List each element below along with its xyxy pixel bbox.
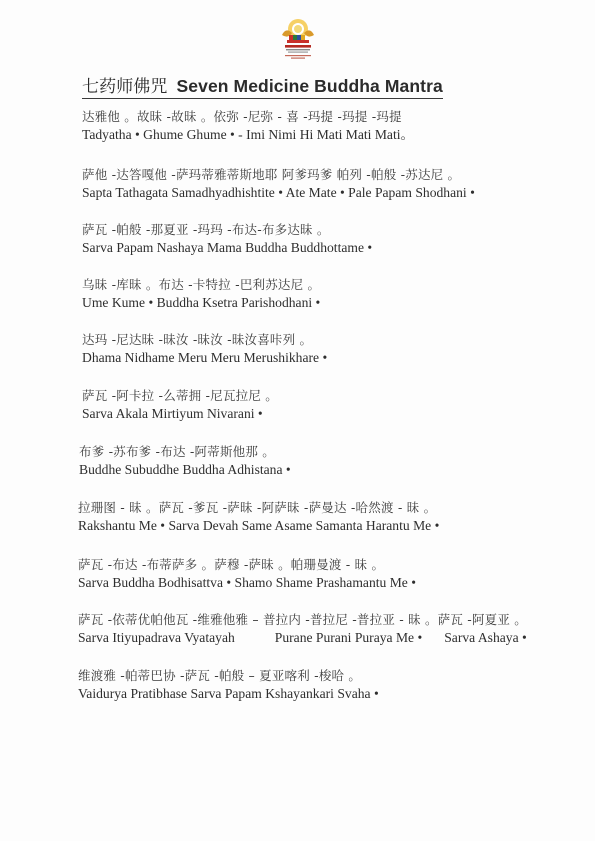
title-chinese: 七药师佛咒	[82, 77, 168, 97]
romanized-mantra: Rakshantu Me • Sarva Devah Same Asame Sa…	[78, 517, 439, 535]
romanized-mantra: Sapta Tathagata Samadhyadhishtite • Ate …	[82, 184, 475, 202]
romanized-mantra: Dhama Nidhame Meru Meru Merushikhare •	[82, 349, 327, 367]
mantra-stanza: 维渡雅 -帕蒂巴协 -萨瓦 -帕般 – 夏亚喀利 -梭哈 。 Vaidurya …	[78, 667, 379, 703]
chinese-transliteration: 达玛 -尼达昧 -昧汝 -昧汝 -昧汝喜咔列 。	[82, 331, 327, 349]
document-page: 七药师佛咒Seven Medicine Buddha Mantra 达雅他 。故…	[0, 0, 595, 841]
chinese-transliteration: 维渡雅 -帕蒂巴协 -萨瓦 -帕般 – 夏亚喀利 -梭哈 。	[78, 667, 379, 685]
romanized-mantra: Buddhe Subuddhe Buddha Adhistana •	[79, 461, 291, 479]
mantra-stanza: 乌昧 -库昧 。布达 -卡特拉 -巴利苏达尼 。 Ume Kume • Budd…	[82, 276, 320, 312]
chinese-transliteration: 萨他 -达答嘎他 -萨玛蒂雅蒂斯地耶 阿爹玛爹 帕列 -帕般 -苏达尼 。	[82, 166, 475, 184]
chinese-transliteration: 布爹 -苏布爹 -布达 -阿蒂斯他那 。	[79, 443, 291, 461]
chinese-transliteration: 萨瓦 -依蒂优帕他瓦 -维雅他雅 – 普拉内 -普拉尼 -普拉亚 - 昧 。萨瓦…	[78, 611, 527, 629]
mantra-stanza: 萨瓦 -帕般 -那夏亚 -玛玛 -布达-布多达昧 。 Sarva Papam N…	[82, 221, 372, 257]
mantra-stanza: 达雅他 。故昧 -故昧 。依弥 -尼弥 - 喜 -玛提 -玛提 -玛提 Tady…	[82, 108, 414, 144]
romanized-part: Sarva Itiyupadrava Vyatayah	[78, 630, 235, 645]
romanized-part: Purane Purani Puraya Me •	[275, 630, 422, 645]
romanized-mantra: Tadyatha • Ghume Ghume • - Imi Nimi Hi M…	[82, 126, 414, 144]
mantra-stanza: 萨瓦 -布达 -布蒂萨多 。萨穆 -萨昧 。帕珊曼渡 - 昧 。 Sarva B…	[78, 556, 416, 592]
chinese-transliteration: 萨瓦 -布达 -布蒂萨多 。萨穆 -萨昧 。帕珊曼渡 - 昧 。	[78, 556, 416, 574]
chinese-transliteration: 萨瓦 -阿卡拉 -么蒂拥 -尼瓦拉尼 。	[82, 387, 278, 405]
chinese-transliteration: 达雅他 。故昧 -故昧 。依弥 -尼弥 - 喜 -玛提 -玛提 -玛提	[82, 108, 414, 126]
mantra-stanza: 达玛 -尼达昧 -昧汝 -昧汝 -昧汝喜咔列 。 Dhama Nidhame M…	[82, 331, 327, 367]
mantra-stanza: 萨瓦 -阿卡拉 -么蒂拥 -尼瓦拉尼 。 Sarva Akala Mirtiyu…	[82, 387, 278, 423]
romanized-part: Sarva Ashaya •	[444, 630, 527, 645]
title-english: Seven Medicine Buddha Mantra	[177, 76, 443, 96]
chinese-transliteration: 拉珊图 - 昧 。萨瓦 -爹瓦 -萨昧 -阿萨昧 -萨曼达 -哈然渡 - 昧 。	[78, 499, 439, 517]
chinese-transliteration: 萨瓦 -帕般 -那夏亚 -玛玛 -布达-布多达昧 。	[82, 221, 372, 239]
romanized-mantra: Vaidurya Pratibhase Sarva Papam Kshayank…	[78, 685, 379, 703]
mantra-stanza: 拉珊图 - 昧 。萨瓦 -爹瓦 -萨昧 -阿萨昧 -萨曼达 -哈然渡 - 昧 。…	[78, 499, 439, 535]
romanized-mantra: Sarva Papam Nashaya Mama Buddha Buddhott…	[82, 239, 372, 257]
page-title: 七药师佛咒Seven Medicine Buddha Mantra	[82, 76, 443, 99]
romanized-mantra: Ume Kume • Buddha Ksetra Parishodhani •	[82, 294, 320, 312]
mantra-stanza: 布爹 -苏布爹 -布达 -阿蒂斯他那 。 Buddhe Subuddhe Bud…	[79, 443, 291, 479]
romanized-mantra: Sarva Itiyupadrava VyatayahPurane Purani…	[78, 629, 527, 647]
mantra-stanza: 萨他 -达答嘎他 -萨玛蒂雅蒂斯地耶 阿爹玛爹 帕列 -帕般 -苏达尼 。 Sa…	[82, 166, 475, 202]
romanized-mantra: Sarva Buddha Bodhisattva • Shamo Shame P…	[78, 574, 416, 592]
mantra-stanza: 萨瓦 -依蒂优帕他瓦 -维雅他雅 – 普拉内 -普拉尼 -普拉亚 - 昧 。萨瓦…	[78, 611, 527, 647]
chinese-transliteration: 乌昧 -库昧 。布达 -卡特拉 -巴利苏达尼 。	[82, 276, 320, 294]
temple-emblem-logo-icon	[276, 17, 320, 63]
romanized-mantra: Sarva Akala Mirtiyum Nivarani •	[82, 405, 278, 423]
